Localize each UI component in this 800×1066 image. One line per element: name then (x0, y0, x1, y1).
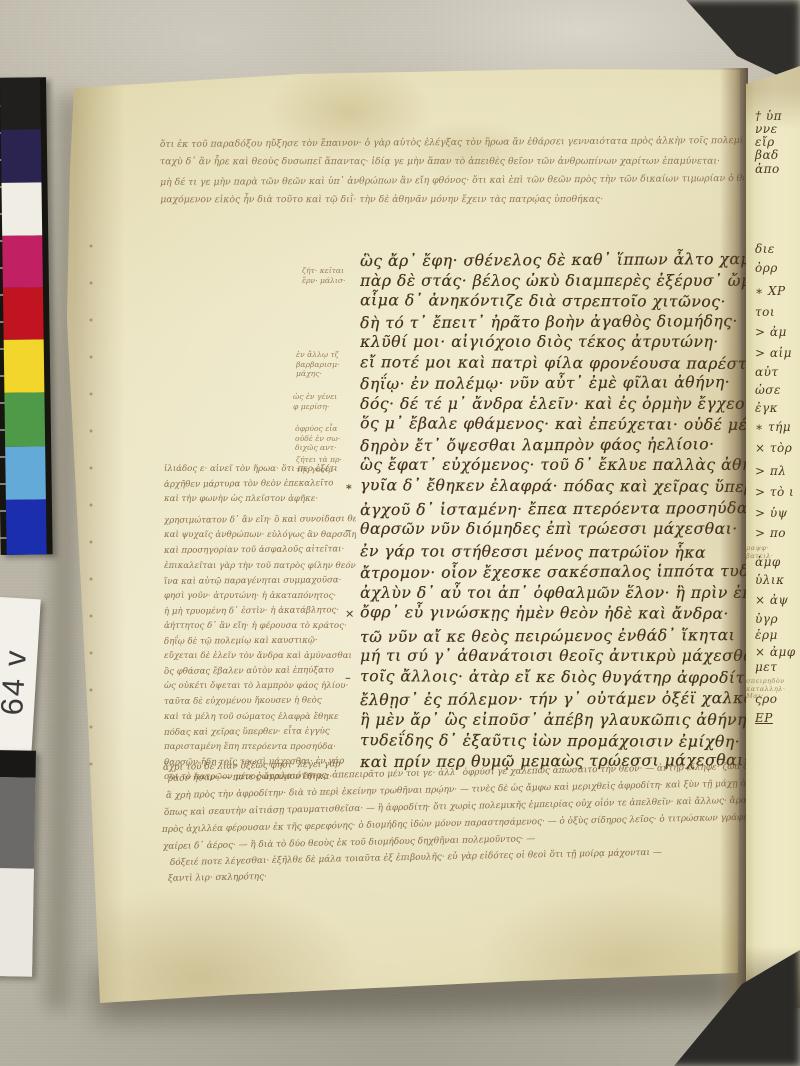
recto-text-fragment: × ἀμφ (755, 646, 796, 659)
manuscript-text-line: ∗γυῖα δ᾽ ἔθηκεν ἐλαφρά· πόδας καὶ χεῖρας… (360, 475, 758, 499)
margin-gloss: ὀφρύος εἶα οὐδὲ ἐν σω· διχῶς αντ· (295, 424, 340, 453)
manuscript-text-line: ἀγχοῦ δ᾽ ἱσταμένη· ἔπεα πτερόεντα προσηύ… (360, 498, 758, 521)
manuscript-text-line: δός· δέ τέ μ᾽ ἄνδρα ἑλεῖν· καὶ ἐς ὁρμὴν … (360, 394, 758, 415)
recto-text-fragment: ὑγρ (755, 613, 778, 626)
manuscript-text-line: ἔλθῃσ᾽ ἐς πόλεμον· τήν γ᾽ οὐτάμεν ὀξέϊ χ… (360, 688, 758, 711)
line-text: ἣ μὲν ἄρ᾽ ὣς εἰποῦσ᾽ ἀπέβη γλαυκῶπις ἀθή… (360, 711, 752, 729)
line-text: ὄφρ᾽ εὖ γινώσκῃς ἠμὲν θεὸν ἠδὲ καὶ ἄνδρα… (360, 603, 729, 623)
grayscale-patch (0, 868, 34, 977)
recto-text-fragment: > αἱμ (755, 347, 792, 360)
scholia-line: καὶ προσηγορίαν τοῦ ἀσφαλοῦς αἰτεῖται· (164, 543, 356, 560)
recto-text-fragment: ΕΡ (755, 712, 773, 725)
margin-gloss: ὡς ἐν γένει φ μερίση· (293, 392, 337, 411)
recto-text-fragment: διε (755, 243, 775, 256)
margin-gloss: ἐν ἄλλῳ τζ βαρβαρισμ· μάχης· (296, 350, 339, 379)
recto-text-fragment: ∗ τήμ (755, 421, 791, 434)
scholia-line: καὶ ψυχαῖς ἀνθρώπων· εὐλόγως ἂν θαρσοίη (164, 528, 356, 543)
top-margin-scholia: ὅτι ἐκ τοῦ παραδόξου ηὔξησε τὸν ἔπαινον·… (160, 131, 745, 211)
folio-number-text: 64 v (0, 648, 34, 717)
line-text: τῶ νῦν αἴ κε θεὸς πειρώμενος ἐνθάδ᾽ ἵκητ… (360, 626, 735, 646)
scholia-line: χρησιμώτατον δ᾽ ἂν εἴη· ὃ καὶ συνοίδασι … (164, 512, 356, 529)
manuscript-text-line: δὴ τό τ᾽ ἔπειτ᾽ ἠρᾶτο βοὴν ἀγαθὸς διομήδ… (360, 311, 758, 334)
color-patch (1, 129, 42, 183)
line-text: αἷμα δ᾽ ἀνηκόντιζε διὰ στρεπτοῖο χιτῶνος… (360, 291, 726, 311)
line-text: δὴ τό τ᾽ ἔπειτ᾽ ἠρᾶτο βοὴν ἀγαθὸς διομήδ… (360, 312, 738, 332)
manuscript-text-line: ×ὄφρ᾽ εὖ γινώσκῃς ἠμὲν θεὸν ἠδὲ καὶ ἄνδρ… (360, 602, 758, 626)
recto-text-fragment: ∗ ΧΡ (755, 285, 786, 298)
manuscript-text-line: ὅς μ᾽ ἔβαλε φθάμενος· καὶ ἐπεύχεται· οὐδ… (360, 414, 758, 436)
recto-text-fragment: ἀπο (755, 163, 780, 176)
margin-gloss: ζήτ· κεῖται ἔρν· μάλισ· (302, 266, 345, 285)
line-text: ἔλθῃσ᾽ ἐς πόλεμον· τήν γ᾽ οὐτάμεν ὀξέϊ χ… (360, 689, 762, 709)
recto-text-fragment: > ἀμ (755, 326, 787, 339)
line-text: τοῖς ἄλλοις· ἀτὰρ εἴ κε διὸς θυγάτηρ ἀφρ… (360, 667, 755, 687)
recto-text-fragment: αὐτ (755, 366, 779, 379)
line-text: ὣς ἔφατ᾽ εὐχόμενος· τοῦ δ᾽ ἔκλυε παλλὰς … (360, 456, 777, 474)
scholia-line: ἵνα καὶ αὐτῷ παραγένηται συμμαχοῦσα· (164, 573, 356, 590)
manuscript-text-line: μή τι σύ γ᾽ ἀθανάτοισι θεοῖς ἀντικρὺ μάχ… (360, 646, 758, 667)
recto-text-fragment: ὡσε (755, 384, 781, 397)
scholia-line: ὅτι ἐκ τοῦ παραδόξου ηὔξησε τὸν ἔπαινον·… (160, 131, 744, 154)
recto-text-fragment: ὀρρ (755, 262, 778, 275)
recto-text-fragment: ἐγκ (755, 402, 778, 415)
line-text: ἀγχοῦ δ᾽ ἱσταμένη· ἔπεα πτερόεντα προσηύ… (360, 499, 753, 519)
recto-text-fragment: μετ (755, 661, 777, 674)
manuscript-text-line: δηΐῳ· ἐν πολέμῳ· νῦν αὖτ᾽ ἐμὲ φῖλαι ἀθήν… (360, 372, 758, 395)
recto-text-fragment: βαδ (755, 149, 779, 162)
grayscale-calibration-strip (0, 750, 36, 977)
manuscript-text-line: εἴ ποτέ μοι καὶ πατρὶ φίλα φρονέουσα παρ… (360, 352, 758, 374)
manuscript-photograph: ὅτι ἐκ τοῦ παραδόξου ηὔξησε τὸν ἔπαινον·… (0, 0, 800, 1066)
line-text: ἐν γάρ τοι στήθεσσι μένος πατρώϊον ἧκα (360, 542, 706, 562)
color-patch (2, 235, 43, 288)
scholia-line: ἀήττητος δ᾽ ἂν εἴη· ἡ φέρουσα τὸ κράτος· (164, 619, 356, 634)
manuscript-text-line: –θαρσῶν νῦν διόμηδες ἐπὶ τρώεσσι μάχεσθα… (360, 519, 758, 542)
recto-text-fragment: ςρο (755, 693, 778, 706)
recto-text-fragment: × ἀψ (755, 594, 788, 607)
recto-text-fragment: > πο (755, 527, 786, 540)
scholia-line: μαχόμενον εἰκὸς ἦν διὰ τοῦτο καὶ τῷ διῒ·… (160, 190, 744, 210)
line-text: κλῦθί μοι· αἰγιόχοιο διὸς τέκος ἀτρυτώνη… (360, 333, 719, 351)
recto-text-fragment: ἀμφ (755, 556, 781, 569)
pricking-holes (88, 242, 96, 767)
line-text: εἴ ποτέ μοι καὶ πατρὶ φίλα φρονέουσα παρ… (360, 353, 766, 373)
color-patch (6, 499, 47, 555)
color-patch (3, 287, 44, 340)
main-text-block-iliad-5-111-135: ὣς ἄρ᾽ ἔφη· σθένελος δὲ καθ᾽ ἵππων ἆλτο … (360, 250, 758, 772)
scholia-line: μὴ δέ τι γε μὴν παρὰ τῶν θεῶν καὶ ὑπ᾽ ἀν… (160, 169, 744, 192)
scholia-line: ἡ μὴ τρυομένη δ᾽ ἐστὶν· ἡ ἀκατάβλητος· (164, 603, 356, 620)
manuscript-text-line: τυδεΐδης δ᾽ ἐξαῦτις ἰὼν προμάχοισιν ἐμίχ… (360, 730, 758, 752)
recto-text-fragment: τοι (755, 306, 775, 319)
recto-text-fragment: > πλ (755, 465, 786, 478)
scholia-line: καὶ τὰ μέλη τοῦ σώματος ἐλαφρὰ ἔθηκε (164, 710, 356, 725)
manuscript-text-line: ἐν γάρ τοι στήθεσσι μένος πατρώϊον ἧκα (360, 541, 758, 563)
color-calibration-strip (0, 77, 53, 555)
grayscale-patch (0, 750, 36, 778)
line-text: μή τι σύ γ᾽ ἀθανάτοισι θεοῖς ἀντικρὺ μάχ… (360, 647, 761, 665)
manuscript-text-line: ὣς ἄρ᾽ ἔφη· σθένελος δὲ καθ᾽ ἵππων ἆλτο … (360, 249, 758, 272)
manuscript-text-line: ἄτρομον· οἷον ἔχεσκε σακέσπαλος ἱππότα τ… (360, 561, 758, 584)
manuscript-text-line: ὣς ἔφατ᾽ εὐχόμενος· τοῦ δ᾽ ἔκλυε παλλὰς … (360, 455, 758, 476)
manuscript-text-line: ἣ μὲν ἄρ᾽ ὣς εἰποῦσ᾽ ἀπέβη γλαυκῶπις ἀθή… (360, 710, 758, 731)
line-text: δηρὸν ἔτ᾽ ὄψεσθαι λαμπρὸν φάος ἠελίοιο· (360, 435, 715, 455)
scholia-line: ἀρχῆθεν μάρτυρα τὸν θεὸν ἐπεκαλεῖτο (164, 476, 356, 493)
manuscript-text-line: κλῦθί μοι· αἰγιόχοιο διὸς τέκος ἀτρυτώνη… (360, 332, 758, 353)
recto-text-fragment: ἑρμ (755, 629, 778, 642)
manuscript-text-line: πὰρ δὲ στάς· βέλος ὠκὺ διαμπερὲς ἐξέρυσ᾽… (360, 271, 758, 292)
color-patch (5, 446, 46, 500)
scholia-line: ἐπικαλεῖται γὰρ τὴν τοῦ πατρὸς φίλην θεό… (164, 559, 356, 574)
scholia-line: καὶ τὴν φωνὴν ὡς πλεῖστον ἀφῆκε· (164, 492, 356, 507)
scholia-line: φησὶ γοῦν· ἀτρυτώνη· ἡ ἀκαταπόνητος· (164, 589, 356, 604)
scholia-line: ὃς φθάσας ἔβαλεν αὐτὸν καὶ ἐπηύξατο (164, 663, 356, 680)
scholia-line: δηΐῳ δὲ τῷ πολεμίῳ καὶ καυστικῷ· (164, 633, 356, 650)
manuscript-text-line: δηρὸν ἔτ᾽ ὄψεσθαι λαμπρὸν φάος ἠελίοιο· (360, 434, 758, 457)
left-margin-scholia: ἰλιάδος ε· αἰνεῖ τὸν ἥρωα· ὅτι περ ἐξέτι… (164, 462, 356, 785)
margin-gloss: ζήτει τὰ πρ· τῆς γονίμ· (296, 455, 342, 474)
color-patch (1, 182, 42, 236)
scholia-line: ταῦτα δὲ εὐχομένου ἤκουσεν ἡ θεὸς (164, 694, 356, 711)
line-text: θαρσῶν νῦν διόμηδες ἐπὶ τρώεσσι μάχεσθαι… (360, 520, 738, 538)
recto-text-fragment: × τὸρ (755, 442, 792, 455)
binding-gutter-shadow (720, 68, 748, 1008)
manuscript-text-line: ἀχλὺν δ᾽ αὖ τοι ἀπ᾽ ὀφθαλμῶν ἕλον· ἣ πρὶ… (360, 583, 758, 604)
scholia-line: ταχὺ δ᾽ ἂν ἦρε καὶ θεοὺς δυσωπεῖ ἅπαντας… (160, 152, 744, 172)
manuscript-text-line: τῶ νῦν αἴ κε θεὸς πειρώμενος ἐνθάδ᾽ ἵκητ… (360, 625, 758, 648)
recto-text-fragment: ὑλικ (755, 574, 784, 587)
scholia-line: εὔχεται δὲ ἑλεῖν τὸν ἄνδρα καὶ ἀμύνασθαι (164, 649, 356, 664)
color-patch (4, 339, 45, 393)
line-text: τυδεΐδης δ᾽ ἐξαῦτις ἰὼν προμάχοισιν ἐμίχ… (360, 731, 740, 751)
line-text: δηΐῳ· ἐν πολέμῳ· νῦν αὖτ᾽ ἐμὲ φῖλαι ἀθήν… (360, 373, 730, 393)
facing-recto-page-edge: † ὑπννεεἴρβαδἀποδιεὀρρ∗ ΧΡτοι> ἀμ> αἱμαὐ… (746, 0, 800, 1066)
line-text: πὰρ δὲ στάς· βέλος ὠκὺ διαμπερὲς ἐξέρυσ᾽… (360, 272, 777, 290)
recto-text-fragment: > τὸ ι (755, 486, 794, 499)
color-patch (0, 77, 41, 130)
scholia-line: παρισταμένη ἔπη πτερόεντα προσηύδα· (164, 740, 356, 755)
color-patch (4, 392, 45, 447)
scholia-line: ὡς οὐκέτι ὄψεται τὸ λαμπρὸν φάος ἡλίου· (164, 679, 356, 694)
manuscript-text-line: –τοῖς ἄλλοις· ἀτὰρ εἴ κε διὸς θυγάτηρ ἀφ… (360, 666, 758, 690)
manuscript-text-line: αἷμα δ᾽ ἀνηκόντιζε διὰ στρεπτοῖο χιτῶνος… (360, 290, 758, 312)
grayscale-patch (0, 777, 36, 869)
recto-text-fragment: > ὑψ (755, 507, 788, 520)
scholia-line: πόδας καὶ χεῖρας ὕπερθεν· εἶτα ἐγγὺς (164, 724, 356, 741)
